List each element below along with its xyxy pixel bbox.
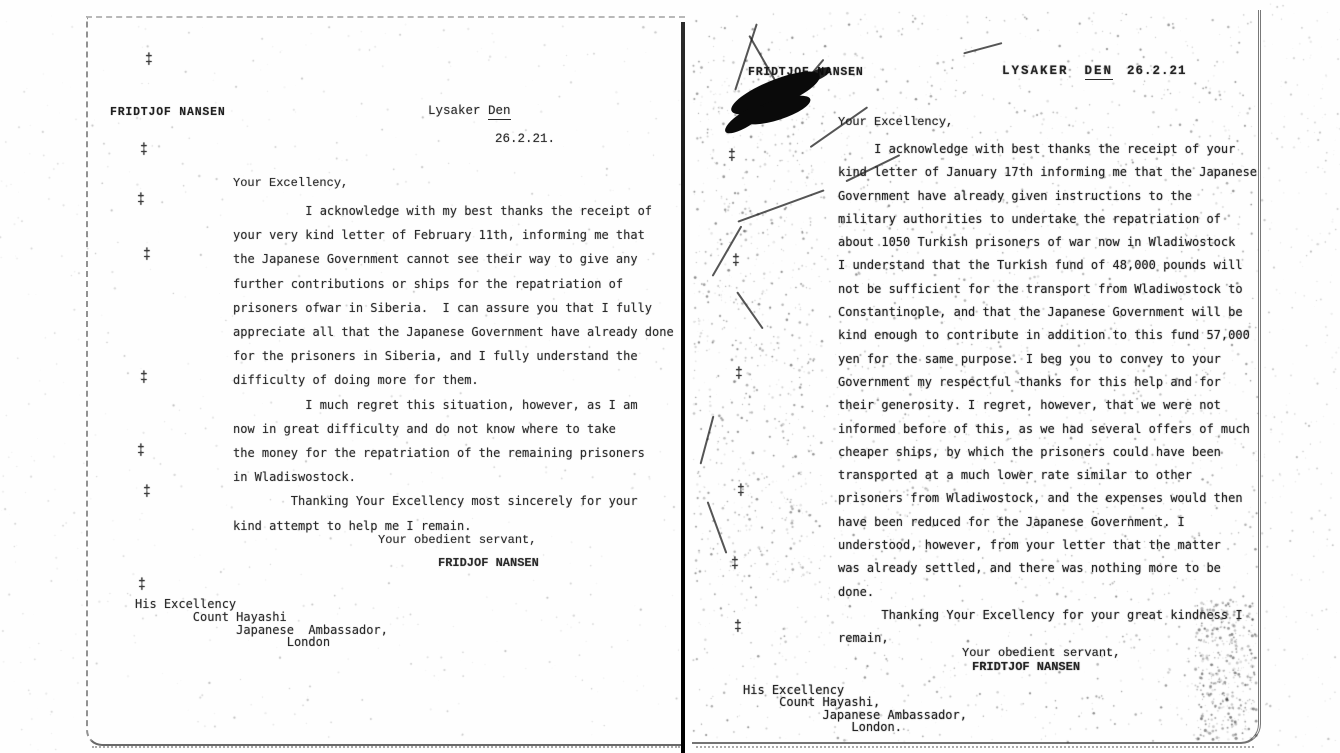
ink-mark: ‡ — [140, 141, 148, 158]
ink-mark: ‡ — [140, 369, 148, 386]
signature: FRIDJOF NANSEN — [438, 556, 539, 570]
ink-mark: ‡ — [735, 365, 743, 382]
recipient-address: His Excellency Count Hayashi Japanese Am… — [135, 598, 388, 649]
place-date-line: LYSAKERDEN26.2.21 — [1002, 64, 1187, 78]
valediction: Your obedient servant, — [378, 533, 536, 547]
valediction: Your obedient servant, — [962, 646, 1120, 660]
salutation: Your Excellency, — [838, 115, 953, 129]
date-text: 26.2.21 — [1127, 64, 1187, 78]
ink-mark: ‡ — [732, 252, 740, 269]
letterhead-name: FRIDTJOF NANSEN — [110, 106, 226, 119]
ink-mark: ‡ — [734, 618, 742, 635]
place-underlined: Den — [488, 104, 511, 120]
ink-mark: ‡ — [143, 246, 151, 263]
ink-mark: ‡ — [737, 482, 745, 499]
letter-body: I acknowledge with my best thanks the re… — [233, 199, 674, 538]
date-line: 26.2.21. — [495, 132, 555, 146]
recipient-address: His Excellency Count Hayashi, Japanese A… — [743, 684, 967, 734]
scanned-letter-spread: FRIDTJOF NANSEN Lysaker Den 26.2.21. You… — [0, 0, 1340, 753]
ink-mark: ‡ — [143, 483, 151, 500]
place-text: LYSAKER — [1002, 64, 1069, 78]
signature: FRIDTJOF NANSEN — [972, 660, 1080, 674]
ink-mark: ‡ — [138, 576, 146, 593]
ink-mark: ‡ — [728, 147, 736, 164]
right-page-shadow-line — [696, 746, 1254, 748]
binding-spine-line — [681, 22, 685, 753]
ink-mark: ‡ — [137, 442, 145, 459]
left-page-shadow-line — [92, 746, 680, 748]
place-line: Lysaker Den — [428, 104, 511, 118]
ink-mark: ‡ — [145, 51, 153, 68]
place-underlined: DEN — [1085, 64, 1114, 80]
ink-mark: ‡ — [731, 555, 739, 572]
letter-body: I acknowledge with best thanks the recei… — [838, 138, 1257, 651]
place-text: Lysaker — [428, 104, 481, 118]
ink-mark: ‡ — [137, 191, 145, 208]
salutation: Your Excellency, — [233, 176, 348, 190]
